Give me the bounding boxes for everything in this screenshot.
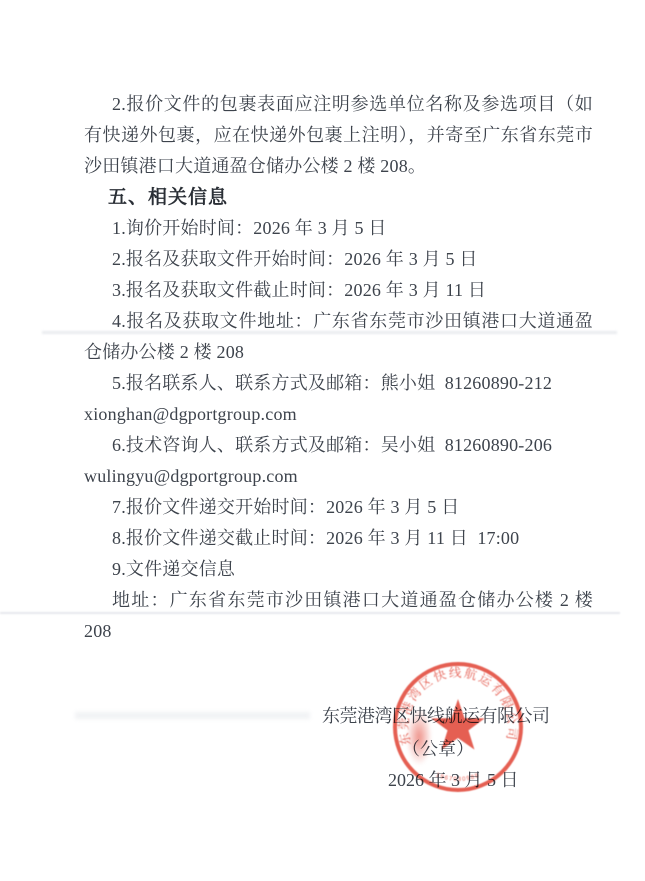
item-registration-contact-email: xionghan@dgportgroup.com bbox=[84, 399, 593, 430]
seal-code: 1967030988 bbox=[435, 772, 481, 783]
scanned-document-page: 2.报价文件的包裹表面应注明参选单位名称及参选项目（如有快递外包裹，应在快递外包… bbox=[0, 0, 645, 881]
item-registration-contact: 5.报名联系人、联系方式及邮箱：熊小姐 81260890-212 bbox=[84, 368, 593, 399]
document-lines: 2.报价文件的包裹表面应注明参选单位名称及参选项目（如有快递外包裹，应在快递外包… bbox=[84, 89, 593, 647]
item-submission-address-2: 208 bbox=[84, 616, 593, 647]
item-registration-address-2: 仓储办公楼 2 楼 208 bbox=[84, 337, 593, 368]
heading-related-info: 五、相关信息 bbox=[84, 182, 593, 213]
item-technical-contact-email: wulingyu@dgportgroup.com bbox=[84, 461, 593, 492]
item-quotation-submit-deadline: 8.报价文件递交截止时间：2026 年 3 月 11 日 17:00 bbox=[84, 523, 593, 554]
seal-ink-smudge bbox=[406, 708, 432, 766]
scan-artifact-line bbox=[42, 331, 617, 334]
item-technical-contact: 6.技术咨询人、联系方式及邮箱：吴小姐 81260890-206 bbox=[84, 430, 593, 461]
item-submission-info: 9.文件递交信息 bbox=[84, 554, 593, 585]
packaging-note-line-2: 有快递外包裹，应在快递外包裹上注明），并寄至广东省东莞市 bbox=[84, 120, 593, 151]
seal-code-wrap: 1967030988 bbox=[435, 772, 481, 783]
seal-star-icon bbox=[431, 699, 484, 750]
item-inquiry-start-time: 1.询价开始时间：2026 年 3 月 5 日 bbox=[84, 213, 593, 244]
packaging-note-line-1: 2.报价文件的包裹表面应注明参选单位名称及参选项目（如 bbox=[84, 89, 593, 120]
item-registration-start-time: 2.报名及获取文件开始时间：2026 年 3 月 5 日 bbox=[84, 244, 593, 275]
scan-artifact-line bbox=[0, 612, 620, 614]
packaging-note-line-3: 沙田镇港口大道通盈仓储办公楼 2 楼 208。 bbox=[84, 151, 593, 182]
item-quotation-submit-start: 7.报价文件递交开始时间：2026 年 3 月 5 日 bbox=[84, 492, 593, 523]
scan-artifact-smudge bbox=[75, 712, 310, 719]
item-registration-deadline: 3.报名及获取文件截止时间：2026 年 3 月 11 日 bbox=[84, 275, 593, 306]
